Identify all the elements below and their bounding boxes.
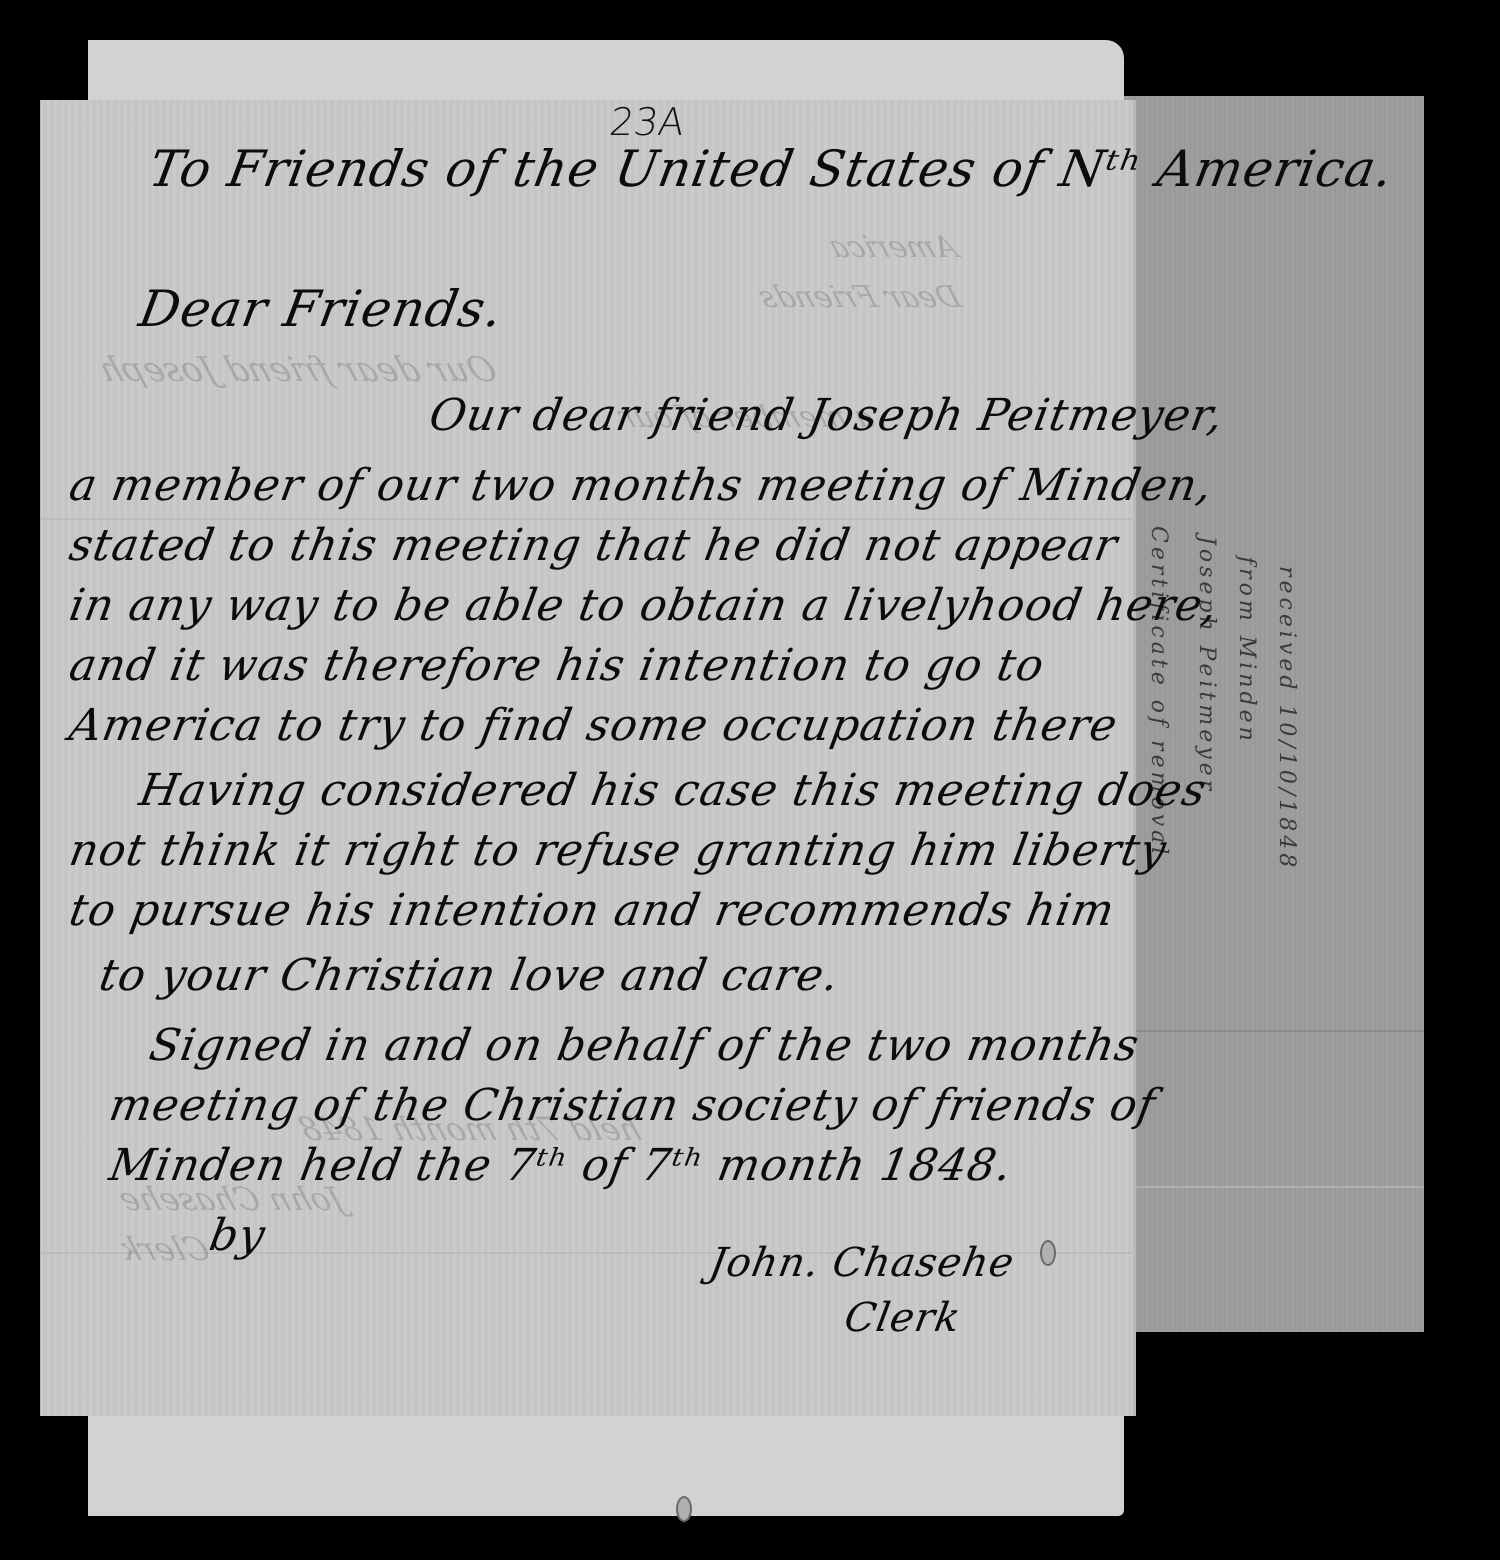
body-line: not think it right to refuse granting hi… [66,825,1171,876]
docket-line: Joseph Peitmeyer [1194,536,1219,794]
signature-title: Clerk [841,1295,965,1341]
closing-line: Signed in and on behalf of the two month… [146,1020,1144,1071]
body-line: a member of our two months meeting of Mi… [66,460,1217,511]
by-label: by [206,1210,270,1261]
archive-number: 23A [607,100,688,144]
fold-line [1133,100,1136,1416]
signature-name: John. Chasehe [706,1240,1018,1286]
salutation-heading: To Friends of the United States of Nᵗʰ A… [145,140,1398,198]
letter-sheet: America Dear Friends Our dear friend Jos… [40,100,1136,1416]
envelope-side-panel: Certificate of removal Joseph Peitmeyer … [1124,96,1424,1332]
bleed-through-text: Clerk [114,1230,215,1268]
body-line: to pursue his intention and recommends h… [66,885,1119,936]
closing-line: meeting of the Christian society of frie… [106,1080,1160,1131]
greeting: Dear Friends. [135,280,507,338]
binding-hole [676,1496,692,1522]
bleed-through-text: America [824,230,962,265]
body-line: stated to this meeting that he did not a… [66,520,1122,571]
docket-line: received 10/10/1848 [1274,566,1299,871]
body-line: Having considered his case this meeting … [136,765,1211,816]
body-line: America to try to find some occupation t… [66,700,1122,751]
body-line: in any way to be able to obtain a lively… [66,580,1223,631]
closing-line: Minden held the 7ᵗʰ of 7ᵗʰ month 1848. [106,1140,1017,1191]
fold-line [1124,1030,1424,1032]
binding-hole [1040,1240,1056,1266]
body-line: and it was therefore his intention to go… [66,640,1049,691]
fold-line [1124,1186,1424,1188]
bleed-through-text: Our dear friend Joseph [94,350,503,390]
body-line: to your Christian love and care. [96,950,844,1001]
bleed-through-text: Dear Friends [754,280,965,315]
body-line: Our dear friend Joseph Peitmeyer, [426,390,1228,441]
docket-line: from Minden [1234,556,1259,745]
